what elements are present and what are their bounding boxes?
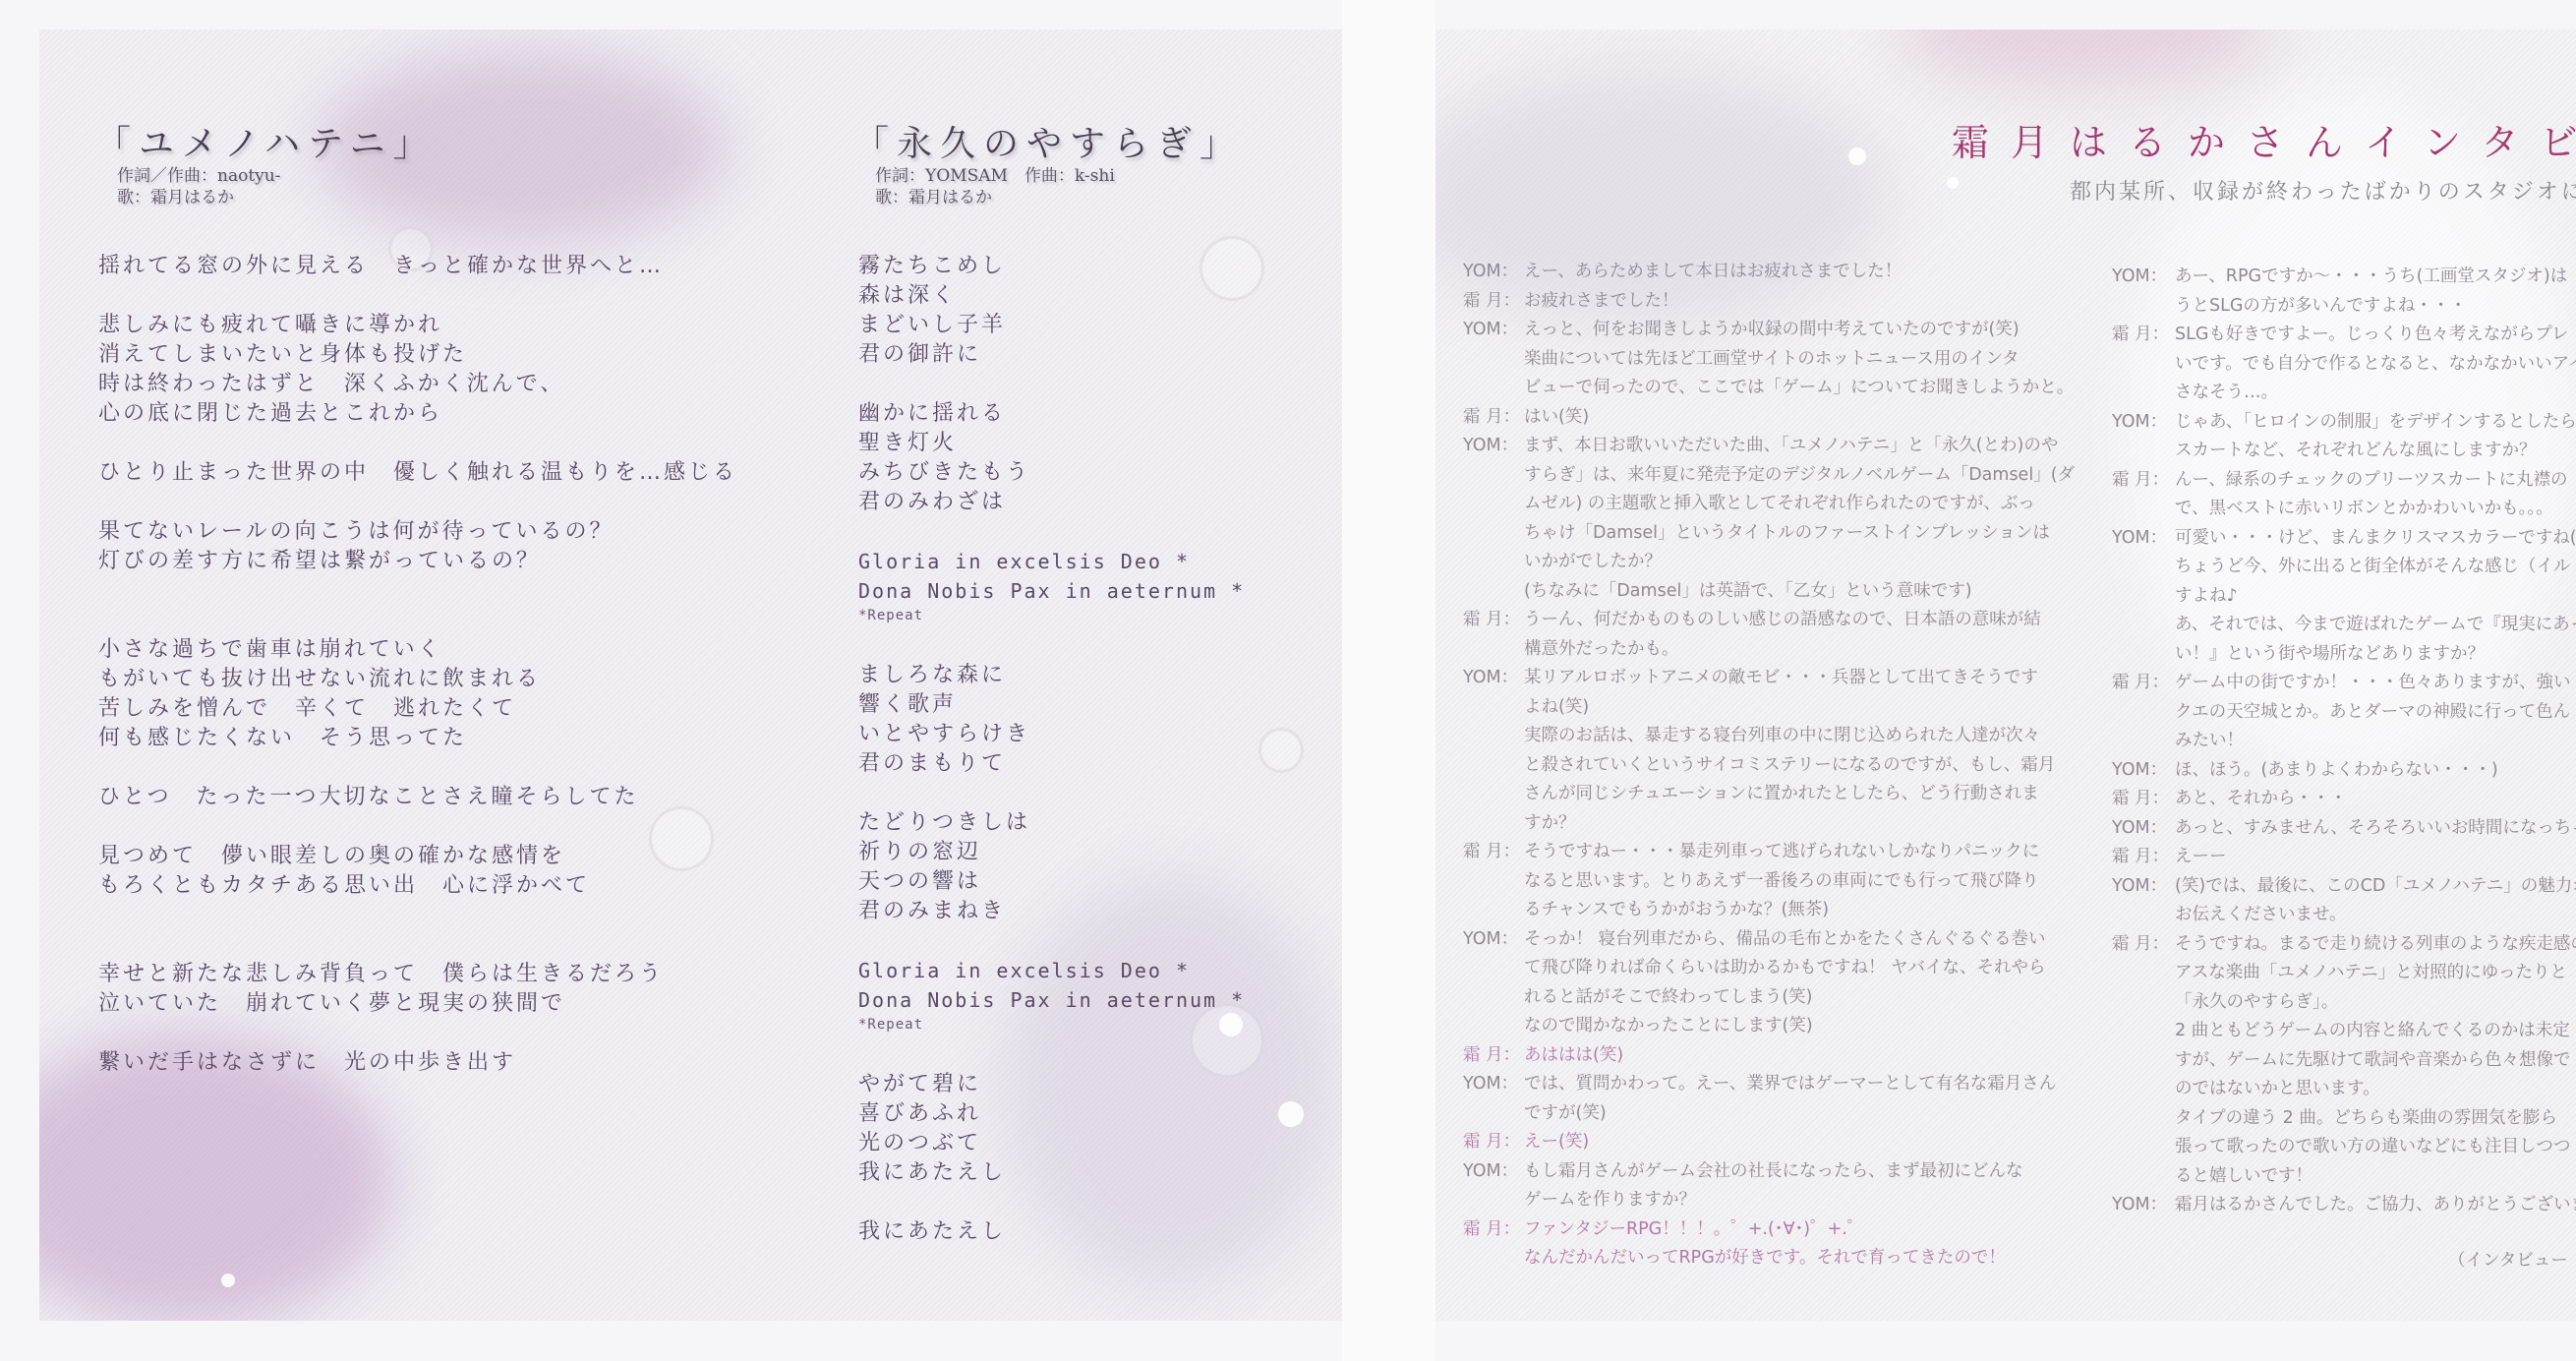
speaker-label: 霜 月：: [2112, 930, 2175, 1192]
utterance-line: えーー: [2175, 843, 2227, 872]
lyric-line: 森は深く: [858, 281, 1245, 311]
utterance-line: 可愛い・・・けど、まんまクリスマスカラーですね(: [2175, 524, 2576, 554]
interview-subtitle: 都内某所、収録が終わったばかりのスタジオに: [2070, 175, 2576, 206]
interview-entry: 霜 月：んー、緑系のチェックのプリーツスカートに丸襟ので、黒ベストに赤いリボンと…: [2112, 466, 2576, 524]
lyric-line: 時は終わったはずと 深くふかく沈んで、: [98, 370, 737, 399]
interview-entry: YOM：某リアルロボットアニメの敵モビ・・・兵器として出てきそうですよね(笑)実…: [1463, 664, 2073, 838]
lyric-line: Gloria in excelsis Deo *: [858, 547, 1245, 576]
utterance-line: あと、それから・・・: [2175, 785, 2347, 814]
credits-writer-composer: 作詞：YOMSAM 作曲：k-shi: [875, 165, 1115, 187]
interview-entry: 霜 月：あと、それから・・・: [2112, 785, 2576, 814]
utterance-line: えっと、何をお聞きしようか収録の間中考えていたのですが(笑): [1524, 316, 2074, 345]
utterance-line: あ、それでは、今まで遊ばれたゲームで『現実にあっ: [2175, 611, 2576, 640]
lyric-line: 我にあたえし: [858, 1158, 1245, 1188]
lyrics-body: 霧たちこめし森は深くまどいし子羊君の御許に幽かに揺れる聖き灯火みちびきたもう君の…: [858, 252, 1245, 1247]
interview-utterance: あと、それから・・・: [2175, 785, 2347, 814]
lyric-line: 果てないレールの向こうは何が待っているの？: [98, 517, 737, 547]
interview-entry: YOM：ほ、ほう。(あまりよくわからない・・・): [2112, 756, 2576, 786]
lyric-line: 何も感じたくない そう思ってた: [98, 724, 737, 753]
speaker-label: YOM：: [2112, 263, 2175, 321]
stanza-break: [98, 930, 737, 960]
utterance-line: アスな楽曲「ユメノハテニ」と対照的にゆったりと: [2175, 959, 2576, 988]
decor-blob: [1898, 30, 2271, 89]
utterance-line: では、質問かわって。えー、業界ではゲーマーとして有名な霜月さん: [1524, 1070, 2056, 1099]
utterance-line: お疲れさまでした！: [1524, 287, 1679, 317]
interview-utterance: えー、あらためまして本日はお疲れさまでした！: [1524, 258, 1902, 287]
utterance-line: 実際のお話は、暴走する寝台列車の中に閉じ込められた人達が次々: [1524, 722, 2055, 751]
lyric-line: いとやすらけき: [858, 720, 1245, 749]
utterance-line: ムゼル) の主題歌と挿入歌としてそれぞれ作られたのですが、ぶっ: [1524, 490, 2075, 519]
lyric-line: 灯びの差す方に希望は繋がっているの？: [98, 547, 737, 576]
utterance-line: んー、緑系のチェックのプリーツスカートに丸襟の: [2175, 466, 2568, 496]
repeat-marker: *Repeat: [858, 1015, 1245, 1040]
lyric-line: 君のみまねき: [858, 897, 1245, 926]
lyric-line: 喜びあふれ: [858, 1099, 1245, 1129]
utterance-line: なので聞かなかったことにします(笑): [1524, 1012, 2046, 1041]
utterance-line: いかがでしたか？: [1524, 548, 2075, 577]
utterance-line: ゲームを作りますか？: [1524, 1186, 2023, 1215]
lyric-line: 心の底に閉じた過去とこれから: [98, 399, 737, 429]
speaker-label: 霜 月：: [1463, 1041, 1524, 1071]
speaker-label: YOM：: [2112, 408, 2175, 466]
interview-entry: 霜 月：えーー: [2112, 843, 2576, 872]
interview-utterance: はい(笑): [1524, 403, 1589, 433]
lyric-line: 天つの響は: [858, 867, 1245, 897]
interview-utterance: もし霜月さんがゲーム会社の社長になったら、まず最初にどんなゲームを作りますか？: [1524, 1157, 2023, 1215]
interview-utterance: あははは(笑): [1524, 1041, 1623, 1071]
lyric-line: 霧たちこめし: [858, 252, 1245, 281]
interview-entry: YOM：では、質問かわって。えー、業界ではゲーマーとして有名な霜月さんですが(笑…: [1463, 1070, 2073, 1128]
utterance-line: あー、RPGですか～・・・うち(工画堂スタジオ)は: [2175, 263, 2567, 292]
speaker-label: YOM：: [1463, 1070, 1524, 1128]
stanza-break: [858, 779, 1245, 808]
speaker-label: 霜 月：: [2112, 466, 2175, 524]
speaker-label: 霜 月：: [1463, 1128, 1524, 1157]
utterance-line: 某リアルロボットアニメの敵モビ・・・兵器として出てきそうです: [1524, 664, 2055, 693]
utterance-line: そうですね。まるで走り続ける列車のような疾走感の: [2175, 930, 2576, 960]
stanza-break: [98, 488, 737, 517]
lyrics-body: 揺れてる窓の外に見える きっと確かな世界へと…悲しみにも疲れて囁きに導かれ消えて…: [98, 252, 737, 1078]
interview-utterance: えーー: [2175, 843, 2227, 872]
interview-entry: YOM：そっか！ 寝台列車だから、備品の毛布とかをたくさんぐるぐる巻いて飛び降り…: [1463, 925, 2073, 1041]
speaker-label: YOM：: [1463, 316, 1524, 403]
lyric-line: ましろな森に: [858, 661, 1245, 690]
utterance-line: (笑)では、最後に、このCD「ユメノハテニ」の魅力ポ: [2175, 872, 2576, 902]
lyric-line: Dona Nobis Pax in aeternum *: [858, 985, 1245, 1015]
interview-utterance: うーん、何だかものものしい感じの語感なので、日本語の意味が結構意外だったかも。: [1524, 606, 2041, 664]
interview-entry: YOM：えー、あらためまして本日はお疲れさまでした！: [1463, 258, 2073, 287]
interview-entry: YOM：えっと、何をお聞きしようか収録の間中考えていたのですが(笑)楽曲について…: [1463, 316, 2073, 403]
interview-closing-credit: （インタビュー: [2448, 1247, 2568, 1272]
interview-entry: YOM：可愛い・・・けど、まんまクリスマスカラーですね(ちょうど今、外に出ると街…: [2112, 524, 2576, 670]
utterance-line: ほ、ほう。(あまりよくわからない・・・): [2175, 756, 2498, 786]
utterance-line: ちょうど今、外に出ると街全体がそんな感じ（イル: [2175, 553, 2576, 582]
lyric-line: 揺れてる窓の外に見える きっと確かな世界へと…: [98, 252, 737, 281]
utterance-line: て飛び降りれば命くらいは助かるかもですね！ ヤバイな、それやら: [1524, 954, 2046, 983]
interview-utterance: SLGも好きですよー。じっくり色々考えながらプレいです。でも自分で作るとなると、…: [2175, 321, 2576, 408]
lyric-line: たどりつきしは: [858, 808, 1245, 838]
decor-dot: [1947, 177, 1959, 189]
credits-vocal: 歌：霜月はるか: [875, 187, 1115, 208]
credits-vocal: 歌：霜月はるか: [117, 187, 280, 208]
lyric-line: 聖き灯火: [858, 429, 1245, 458]
utterance-line: すか？: [1524, 809, 2055, 839]
interview-entry: YOM：あっと、すみません、そろそろいいお時間になっちゃ: [2112, 814, 2576, 844]
interview-entry: YOM：もし霜月さんがゲーム会社の社長になったら、まず最初にどんなゲームを作りま…: [1463, 1157, 2073, 1215]
utterance-line: うーん、何だかものものしい感じの語感なので、日本語の意味が結: [1524, 606, 2041, 635]
interview-entry: YOM：あー、RPGですか～・・・うち(工画堂スタジオ)はうとSLGの方が多いん…: [2112, 263, 2576, 321]
utterance-line: じゃあ、「ヒロインの制服」をデザインするとしたら、: [2175, 408, 2576, 438]
interview-entry: 霜 月：あははは(笑): [1463, 1041, 2073, 1071]
interview-column-left: YOM：えー、あらためまして本日はお疲れさまでした！霜 月：お疲れさまでした！Y…: [1463, 258, 2073, 1273]
utterance-line: ちゃけ「Damsel」というタイトルのファーストインプレッションは: [1524, 519, 2075, 549]
utterance-line: よね(笑): [1524, 693, 2055, 723]
lyrics-page: 「ユメノハテニ」 作詞／作曲：naotyu- 歌：霜月はるか 揺れてる窓の外に見…: [39, 30, 1342, 1321]
utterance-line: タイプの違う 2 曲。どちらも楽曲の雰囲気を膨ら: [2175, 1104, 2576, 1134]
utterance-line: ビューで伺ったので、ここでは「ゲーム」についてお聞きしようかと。: [1524, 374, 2074, 403]
utterance-line: ると嬉しいです！: [2175, 1162, 2576, 1192]
lyric-line: 小さな過ちで歯車は崩れていく: [98, 635, 737, 665]
speaker-label: 霜 月：: [2112, 785, 2175, 814]
speaker-label: 霜 月：: [1463, 606, 1524, 664]
utterance-line: 「永久のやすらぎ」。: [2175, 988, 2576, 1018]
interview-entry: YOM：(笑)では、最後に、このCD「ユメノハテニ」の魅力ポお伝えくださいませ。: [2112, 872, 2576, 930]
interview-utterance: ファンタジーRPG！！！。゜+.(･∀･)゜+.゜なんだかんだいってRPGが好き…: [1524, 1215, 2006, 1273]
interview-entry: 霜 月：SLGも好きですよー。じっくり色々考えながらプレいです。でも自分で作ると…: [2112, 321, 2576, 408]
utterance-line: そっか！ 寝台列車だから、備品の毛布とかをたくさんぐるぐる巻い: [1524, 925, 2046, 955]
lyric-line: 悲しみにも疲れて囁きに導かれ: [98, 311, 737, 340]
utterance-line: いです。でも自分で作るとなると、なかなかいいアイ: [2175, 350, 2576, 380]
lyric-line: 我にあたえし: [858, 1217, 1245, 1247]
interview-utterance: んー、緑系のチェックのプリーツスカートに丸襟ので、黒ベストに赤いリボンとかかわい…: [2175, 466, 2568, 524]
interview-entry: 霜 月：そうですね。まるで走り続ける列車のような疾走感のアスな楽曲「ユメノハテニ…: [2112, 930, 2576, 1192]
interview-page: 霜月はるかさんインタビ 都内某所、収録が終わったばかりのスタジオに YOM：えー…: [1435, 30, 2576, 1321]
utterance-line: 楽曲については先ほど工画堂サイトのホットニュース用のインタ: [1524, 345, 2074, 375]
utterance-line: えー、あらためまして本日はお疲れさまでした！: [1524, 258, 1902, 287]
interview-entry: YOM：じゃあ、「ヒロインの制服」をデザインするとしたら、スカートなど、それぞれ…: [2112, 408, 2576, 466]
speaker-label: YOM：: [2112, 1191, 2175, 1220]
lyric-line: 君のまもりて: [858, 749, 1245, 779]
interview-utterance: じゃあ、「ヒロインの制服」をデザインするとしたら、スカートなど、それぞれどんな風…: [2175, 408, 2576, 466]
speaker-label: 霜 月：: [1463, 403, 1524, 433]
utterance-line: すらぎ」は、来年夏に発売予定のデジタルノベルゲーム「Damsel」(ダ: [1524, 461, 2075, 491]
interview-utterance: えっと、何をお聞きしようか収録の間中考えていたのですが(笑)楽曲については先ほど…: [1524, 316, 2074, 403]
stanza-break: [98, 901, 737, 930]
utterance-line: さんが同じシチュエーションに置かれたとしたら、どう行動されま: [1524, 780, 2055, 809]
utterance-line: あっと、すみません、そろそろいいお時間になっちゃ: [2175, 814, 2576, 844]
interview-utterance: (笑)では、最後に、このCD「ユメノハテニ」の魅力ポお伝えくださいませ。: [2175, 872, 2576, 930]
utterance-line: クエの天空城とか。あとダーマの神殿に行って色ん: [2175, 698, 2571, 728]
interview-utterance: お疲れさまでした！: [1524, 287, 1679, 317]
speaker-label: YOM：: [2112, 756, 2175, 786]
lyric-line: 光のつぶて: [858, 1129, 1245, 1158]
utterance-line: まず、本日お歌いいただいた曲、「ユメノハテニ」と「永久(とわ)のや: [1524, 432, 2075, 461]
utterance-line: ファンタジーRPG！！！。゜+.(･∀･)゜+.゜: [1524, 1215, 2006, 1245]
lyric-line: みちびきたもう: [858, 458, 1245, 488]
lyric-line: 消えてしまいたいと身体も投げた: [98, 340, 737, 370]
credits-writer-composer: 作詞／作曲：naotyu-: [117, 165, 280, 187]
speaker-label: 霜 月：: [2112, 669, 2175, 756]
utterance-line: なんだかんだいってRPGが好きです。それで育ってきたので！: [1524, 1244, 2006, 1273]
speaker-label: YOM：: [1463, 432, 1524, 606]
stanza-break: [98, 281, 737, 311]
stanza-break: [98, 576, 737, 606]
speaker-label: YOM：: [1463, 925, 1524, 1041]
decor-dot: [1848, 148, 1866, 165]
lyric-line: ひとり止まった世界の中 優しく触れる温もりを…感じる: [98, 458, 737, 488]
utterance-line: スカートなど、それぞれどんな風にしますか？: [2175, 437, 2576, 466]
utterance-line: 霜月はるかさんでした。ご協力、ありがとうございま: [2175, 1191, 2576, 1220]
utterance-line: で、黒ベストに赤いリボンとかかわいいかも。。。: [2175, 495, 2568, 524]
utterance-line: あははは(笑): [1524, 1041, 1623, 1071]
decor-bubble: [1259, 728, 1304, 773]
interview-entry: 霜 月：うーん、何だかものものしい感じの語感なので、日本語の意味が結構意外だった…: [1463, 606, 2073, 664]
interview-column-right: YOM：あー、RPGですか～・・・うち(工画堂スタジオ)はうとSLGの方が多いん…: [2112, 263, 2576, 1220]
interview-entry: 霜 月：ゲーム中の街ですか！・・・色々ありますが、強いクエの天空城とか。あとダー…: [2112, 669, 2576, 756]
utterance-line: (ちなみに「Damsel」は英語で、「乙女」という意味です): [1524, 577, 2075, 607]
utterance-line: ゲーム中の街ですか！・・・色々ありますが、強い: [2175, 669, 2571, 698]
interview-utterance: 霜月はるかさんでした。ご協力、ありがとうございま: [2175, 1191, 2576, 1220]
utterance-line: みたい！: [2175, 727, 2571, 756]
utterance-line: すよね♪: [2175, 582, 2576, 612]
interview-utterance: 某リアルロボットアニメの敵モビ・・・兵器として出てきそうですよね(笑)実際のお話…: [1524, 664, 2055, 838]
repeat-marker: *Repeat: [858, 606, 1245, 631]
lyric-line: 君のみわざは: [858, 488, 1245, 517]
speaker-label: YOM：: [1463, 258, 1524, 287]
lyric-line: まどいし子羊: [858, 311, 1245, 340]
stanza-break: [98, 812, 737, 842]
utterance-line: SLGも好きですよー。じっくり色々考えながらプレ: [2175, 321, 2576, 350]
stanza-break: [858, 631, 1245, 661]
lyric-line: 君の御許に: [858, 340, 1245, 370]
interview-utterance: ゲーム中の街ですか！・・・色々ありますが、強いクエの天空城とか。あとダーマの神殿…: [2175, 669, 2571, 756]
interview-utterance: あー、RPGですか～・・・うち(工画堂スタジオ)はうとSLGの方が多いんですよね…: [2175, 263, 2567, 321]
booklet-gutter: [1342, 0, 1435, 1361]
speaker-label: YOM：: [1463, 664, 1524, 838]
interview-entry: 霜 月：えー(笑): [1463, 1128, 2073, 1157]
utterance-line: るチャンスでもうかがおうかな？(無茶): [1524, 896, 2039, 925]
speaker-label: YOM：: [2112, 814, 2175, 844]
interview-entry: 霜 月：ファンタジーRPG！！！。゜+.(･∀･)゜+.゜なんだかんだいってRP…: [1463, 1215, 2073, 1273]
stanza-break: [98, 753, 737, 783]
lyric-line: Dona Nobis Pax in aeternum *: [858, 576, 1245, 606]
lyric-line: 苦しみを憎んで 辛くて 逃れたくて: [98, 694, 737, 724]
song-title: 「永久のやすらぎ」: [853, 116, 1243, 166]
lyric-line: 繋いだ手はなさずに 光の中歩き出す: [98, 1048, 737, 1078]
stanza-break: [98, 606, 737, 635]
interview-title: 霜月はるかさんインタビ: [1952, 112, 2576, 166]
lyric-line: もがいても抜け出せない流れに飲まれる: [98, 665, 737, 694]
lyric-line: ひとつ たった一つ大切なことさえ瞳そらしてた: [98, 783, 737, 812]
interview-utterance: では、質問かわって。えー、業界ではゲーマーとして有名な霜月さんですが(笑): [1524, 1070, 2056, 1128]
interview-utterance: そうですねー・・・暴走列車って逃げられないしかなりパニックになると思います。とり…: [1524, 838, 2039, 925]
speaker-label: YOM：: [2112, 872, 2175, 930]
utterance-line: えー(笑): [1524, 1128, 1589, 1157]
interview-utterance: ほ、ほう。(あまりよくわからない・・・): [2175, 756, 2498, 786]
utterance-line: うとSLGの方が多いんですよね・・・: [2175, 292, 2567, 322]
utterance-line: 張って歌ったので歌い方の違いなどにも注目しつつ: [2175, 1133, 2576, 1162]
song-credits: 作詞／作曲：naotyu- 歌：霜月はるか: [117, 165, 280, 208]
utterance-line: のではないかと思います。: [2175, 1075, 2576, 1104]
interview-utterance: まず、本日お歌いいただいた曲、「ユメノハテニ」と「永久(とわ)のやすらぎ」は、来…: [1524, 432, 2075, 606]
utterance-line: と殺されていくというサイコミステリーになるのですが、もし、霜月: [1524, 751, 2055, 781]
speaker-label: YOM：: [1463, 1157, 1524, 1215]
interview-entry: YOM：霜月はるかさんでした。ご協力、ありがとうございま: [2112, 1191, 2576, 1220]
lyric-line: 幸せと新たな悲しみ背負って 僕らは生きるだろう: [98, 960, 737, 989]
speaker-label: 霜 月：: [1463, 1215, 1524, 1273]
utterance-line: すが、ゲームに先駆けて歌詞や音楽から色々想像で: [2175, 1046, 2576, 1076]
speaker-label: 霜 月：: [1463, 838, 1524, 925]
speaker-label: YOM：: [2112, 524, 2175, 670]
stanza-break: [858, 926, 1245, 956]
interview-utterance: えー(笑): [1524, 1128, 1589, 1157]
lyric-line: 響く歌声: [858, 690, 1245, 720]
decor-dot: [1278, 1101, 1304, 1127]
utterance-line: ですが(笑): [1524, 1099, 2056, 1129]
utterance-line: もし霜月さんがゲーム会社の社長になったら、まず最初にどんな: [1524, 1157, 2023, 1187]
utterance-line: お伝えくださいませ。: [2175, 901, 2576, 930]
stanza-break: [858, 370, 1245, 399]
speaker-label: 霜 月：: [2112, 843, 2175, 872]
utterance-line: そうですねー・・・暴走列車って逃げられないしかなりパニックに: [1524, 838, 2039, 867]
utterance-line: はい(笑): [1524, 403, 1589, 433]
stanza-break: [98, 1019, 737, 1048]
stanza-break: [98, 429, 737, 458]
lyric-line: やがて碧に: [858, 1070, 1245, 1099]
utterance-line: さなそう…。: [2175, 379, 2576, 408]
lyric-line: もろくともカタチある思い出 心に浮かべて: [98, 871, 737, 901]
lyric-line: 幽かに揺れる: [858, 399, 1245, 429]
lyric-line: 見つめて 儚い眼差しの奥の確かな感情を: [98, 842, 737, 871]
interview-entry: 霜 月：そうですねー・・・暴走列車って逃げられないしかなりパニックになると思いま…: [1463, 838, 2073, 925]
utterance-line: 2 曲ともどうゲームの内容と絡んでくるのかは未定: [2175, 1017, 2576, 1046]
song-credits: 作詞：YOMSAM 作曲：k-shi 歌：霜月はるか: [875, 165, 1115, 208]
utterance-line: なると思います。とりあえず一番後ろの車両にでも行って飛び降り: [1524, 867, 2039, 897]
decor-dot: [221, 1273, 235, 1287]
song-title: 「ユメノハテニ」: [95, 116, 437, 166]
interview-utterance: あっと、すみません、そろそろいいお時間になっちゃ: [2175, 814, 2576, 844]
lyric-line: 泣いていた 崩れていく夢と現実の狭間で: [98, 989, 737, 1019]
interview-utterance: そっか！ 寝台列車だから、備品の毛布とかをたくさんぐるぐる巻いて飛び降りれば命く…: [1524, 925, 2046, 1041]
lyric-line: Gloria in excelsis Deo *: [858, 956, 1245, 985]
speaker-label: 霜 月：: [2112, 321, 2175, 408]
stanza-break: [858, 1188, 1245, 1217]
interview-utterance: 可愛い・・・けど、まんまクリスマスカラーですね(ちょうど今、外に出ると街全体がそ…: [2175, 524, 2576, 670]
interview-utterance: そうですね。まるで走り続ける列車のような疾走感のアスな楽曲「ユメノハテニ」と対照…: [2175, 930, 2576, 1192]
interview-entry: YOM：まず、本日お歌いいただいた曲、「ユメノハテニ」と「永久(とわ)のやすらぎ…: [1463, 432, 2073, 606]
utterance-line: い！』という街や場所などありますか？: [2175, 640, 2576, 670]
utterance-line: 構意外だったかも。: [1524, 635, 2041, 665]
interview-entry: 霜 月：お疲れさまでした！: [1463, 287, 2073, 317]
stanza-break: [858, 517, 1245, 547]
stanza-break: [858, 1040, 1245, 1070]
utterance-line: れると話がそこで終わってしまう(笑): [1524, 983, 2046, 1013]
interview-entry: 霜 月：はい(笑): [1463, 403, 2073, 433]
speaker-label: 霜 月：: [1463, 287, 1524, 317]
lyric-line: 祈りの窓辺: [858, 838, 1245, 867]
